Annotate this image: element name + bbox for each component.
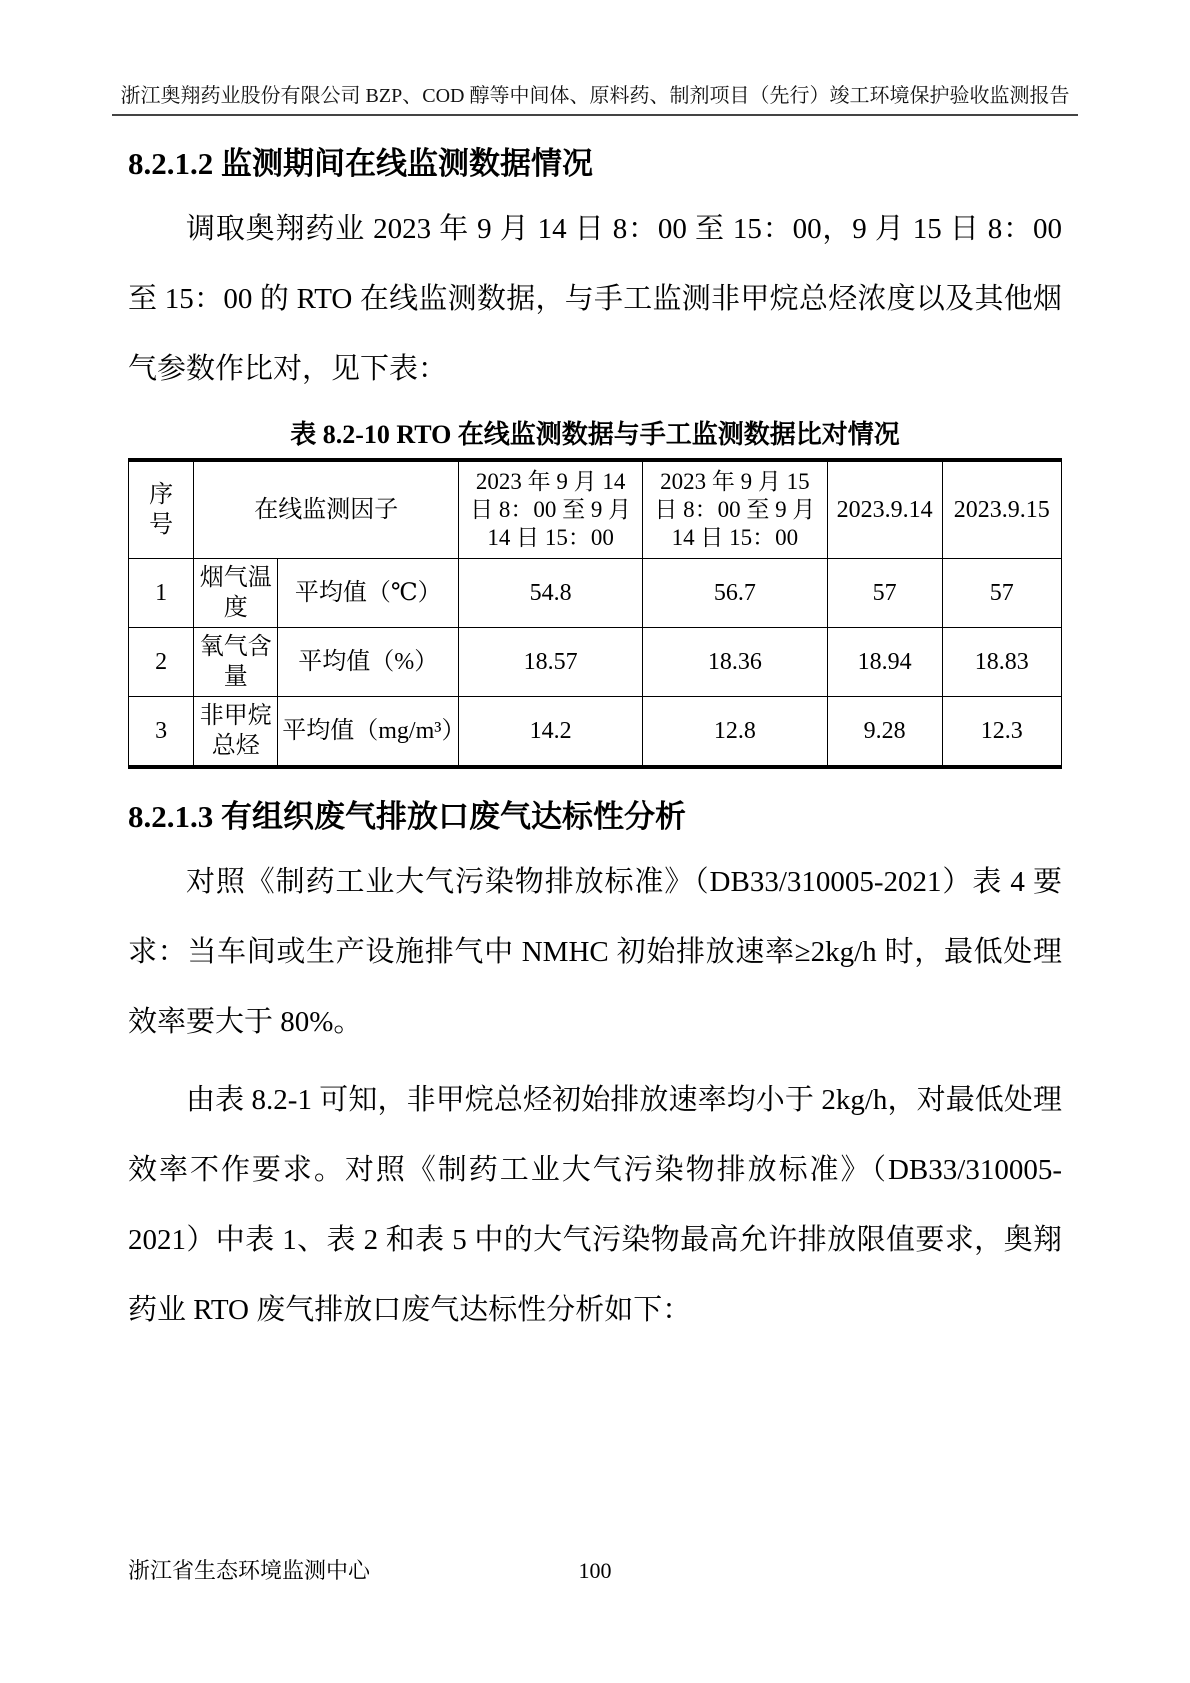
table-row: 2 氧气含量 平均值（%） 18.57 18.36 18.94 18.83 bbox=[129, 628, 1062, 697]
cell-date-2: 18.83 bbox=[942, 628, 1061, 697]
cell-date-1: 57 bbox=[827, 559, 942, 628]
cell-period-2: 12.8 bbox=[643, 697, 828, 768]
table-row: 1 烟气温度 平均值（℃） 54.8 56.7 57 57 bbox=[129, 559, 1062, 628]
cell-metric: 平均值（%） bbox=[278, 628, 459, 697]
header-rule bbox=[112, 114, 1078, 116]
section-heading-8-2-1-2: 8.2.1.2 监测期间在线监测数据情况 bbox=[128, 142, 1062, 186]
cell-period-2: 18.36 bbox=[643, 628, 828, 697]
cell-factor: 烟气温度 bbox=[194, 559, 278, 628]
cell-metric: 平均值（mg/m³） bbox=[278, 697, 459, 768]
cell-factor: 氧气含量 bbox=[194, 628, 278, 697]
cell-index: 2 bbox=[129, 628, 194, 697]
header-period-2: 2023 年 9 月 15 日 8：00 至 9 月 14 日 15：00 bbox=[643, 460, 828, 559]
cell-period-1: 18.57 bbox=[459, 628, 643, 697]
table-row: 3 非甲烷总烃 平均值（mg/m³） 14.2 12.8 9.28 12.3 bbox=[129, 697, 1062, 768]
cell-factor: 非甲烷总烃 bbox=[194, 697, 278, 768]
cell-date-2: 12.3 bbox=[942, 697, 1061, 768]
cell-metric: 平均值（℃） bbox=[278, 559, 459, 628]
header-factor: 在线监测因子 bbox=[194, 460, 459, 559]
table-caption: 表 8.2-10 RTO 在线监测数据与手工监测数据比对情况 bbox=[128, 418, 1062, 452]
page-footer: 浙江省生态环境监测中心 100 bbox=[128, 1557, 1062, 1585]
cell-period-1: 14.2 bbox=[459, 697, 643, 768]
page-header-title: 浙江奥翔药业股份有限公司 BZP、COD 醇等中间体、原料药、制剂项目（先行）竣… bbox=[0, 0, 1190, 108]
header-date-1: 2023.9.14 bbox=[827, 460, 942, 559]
header-seq-no: 序 号 bbox=[129, 460, 194, 559]
document-page: 浙江奥翔药业股份有限公司 BZP、COD 醇等中间体、原料药、制剂项目（先行）竣… bbox=[0, 0, 1190, 1683]
table-header-row: 序 号 在线监测因子 2023 年 9 月 14 日 8：00 至 9 月 14… bbox=[129, 460, 1062, 559]
rto-comparison-table: 序 号 在线监测因子 2023 年 9 月 14 日 8：00 至 9 月 14… bbox=[128, 458, 1062, 769]
cell-date-1: 9.28 bbox=[827, 697, 942, 768]
cell-index: 3 bbox=[129, 697, 194, 768]
paragraph-compliance-analysis: 由表 8.2-1 可知，非甲烷总烃初始排放速率均小于 2kg/h，对最低处理效率… bbox=[128, 1065, 1062, 1345]
header-date-2: 2023.9.15 bbox=[942, 460, 1061, 559]
section-heading-8-2-1-3: 8.2.1.3 有组织废气排放口废气达标性分析 bbox=[128, 795, 1062, 839]
footer-organization: 浙江省生态环境监测中心 bbox=[128, 1557, 370, 1585]
cell-period-1: 54.8 bbox=[459, 559, 643, 628]
cell-date-2: 57 bbox=[942, 559, 1061, 628]
cell-period-2: 56.7 bbox=[643, 559, 828, 628]
page-content: 8.2.1.2 监测期间在线监测数据情况 调取奥翔药业 2023 年 9 月 1… bbox=[0, 142, 1190, 1345]
header-period-1: 2023 年 9 月 14 日 8：00 至 9 月 14 日 15：00 bbox=[459, 460, 643, 559]
paragraph-online-monitoring-intro: 调取奥翔药业 2023 年 9 月 14 日 8：00 至 15：00，9 月 … bbox=[128, 194, 1062, 404]
cell-date-1: 18.94 bbox=[827, 628, 942, 697]
footer-page-number: 100 bbox=[579, 1557, 612, 1585]
paragraph-standard-requirement: 对照《制药工业大气污染物排放标准》（DB33/310005-2021）表 4 要… bbox=[128, 847, 1062, 1057]
cell-index: 1 bbox=[129, 559, 194, 628]
